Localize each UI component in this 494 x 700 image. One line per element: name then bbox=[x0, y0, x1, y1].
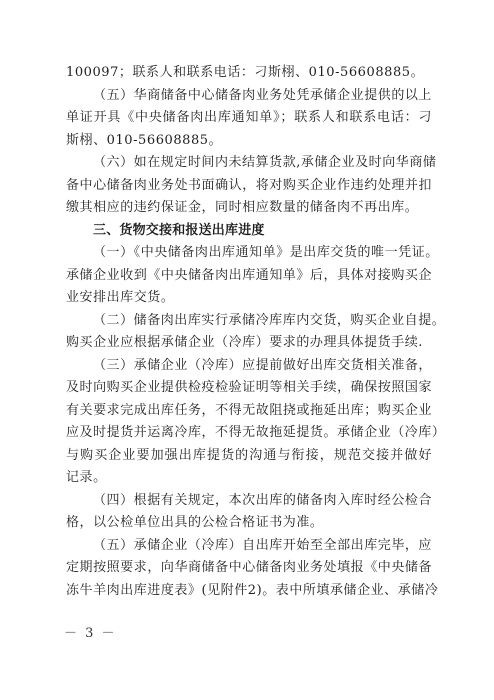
paragraph-line: 承储企业收到《中央储备肉出库通知单》后，具体对接购买企 bbox=[66, 265, 432, 288]
paragraph-line: （一）《中央储备肉出库通知单》是出库交货的唯一凭证。 bbox=[66, 242, 432, 265]
paragraph-line: 业安排出库交货。 bbox=[66, 287, 432, 310]
paragraph-line: 格，以公检单位出具的公检合格证书为准。 bbox=[66, 512, 432, 535]
paragraph-line: 记录。 bbox=[66, 467, 432, 490]
paragraph-line: （五）华商储备中心储备肉业务处凭承储企业提供的以上 bbox=[66, 85, 432, 108]
paragraph-line: 及时向购买企业提供检疫检验证明等相关手续，确保按照国家 bbox=[66, 377, 432, 400]
paragraph-line: 冻牛羊肉出库进度表》(见附件2)。表中所填承储企业、承储冷 bbox=[66, 580, 432, 603]
paragraph-line: 有关要求完成出库任务，不得无故阻挠或拖延出库；购买企业 bbox=[66, 400, 432, 423]
paragraph-line: （五）承储企业（冷库）自出库开始至全部出库完毕，应 bbox=[66, 535, 432, 558]
paragraph-line: （四）根据有关规定，本次出库的储备肉入库时经公检合 bbox=[66, 490, 432, 513]
section-heading: 三、货物交接和报送出库进度 bbox=[66, 220, 432, 243]
paragraph-line: 备中心储备肉业务处书面确认，将对购买企业作违约处理并扣 bbox=[66, 175, 432, 198]
document-page: 100097；联系人和联系电话：刁斯栩、010-56608885。 （五）华商储… bbox=[0, 0, 494, 700]
paragraph-line: （二）储备肉出库实行承储冷库库内交货，购买企业自提。 bbox=[66, 310, 432, 333]
paragraph-line: 与购买企业要加强出库提货的沟通与衔接，规范交接并做好 bbox=[66, 445, 432, 468]
document-body: 100097；联系人和联系电话：刁斯栩、010-56608885。 （五）华商储… bbox=[66, 62, 432, 602]
paragraph-line: （三）承储企业（冷库）应提前做好出库交货相关准备， bbox=[66, 355, 432, 378]
paragraph-line: 单证开具《中央储备肉出库通知单》；联系人和联系电话：刁 bbox=[66, 107, 432, 130]
paragraph-line: 应及时提货并运离冷库，不得无故拖延提货。承储企业（冷库） bbox=[66, 422, 432, 445]
paragraph-line: 缴其相应的违约保证金，同时相应数量的储备肉不再出库。 bbox=[66, 197, 432, 220]
paragraph-line: 购买企业应根据承储企业（冷库）要求的办理具体提货手续. bbox=[66, 332, 432, 355]
paragraph-line: 100097；联系人和联系电话：刁斯栩、010-56608885。 bbox=[66, 62, 432, 85]
paragraph-line: 定期按照要求，向华商储备中心储备肉业务处填报《中央储备 bbox=[66, 557, 432, 580]
page-number: － 3 － bbox=[64, 622, 117, 641]
paragraph-line: 斯栩、010-56608885。 bbox=[66, 130, 432, 153]
paragraph-line: （六）如在规定时间内未结算货款,承储企业及时向华商储 bbox=[66, 152, 432, 175]
